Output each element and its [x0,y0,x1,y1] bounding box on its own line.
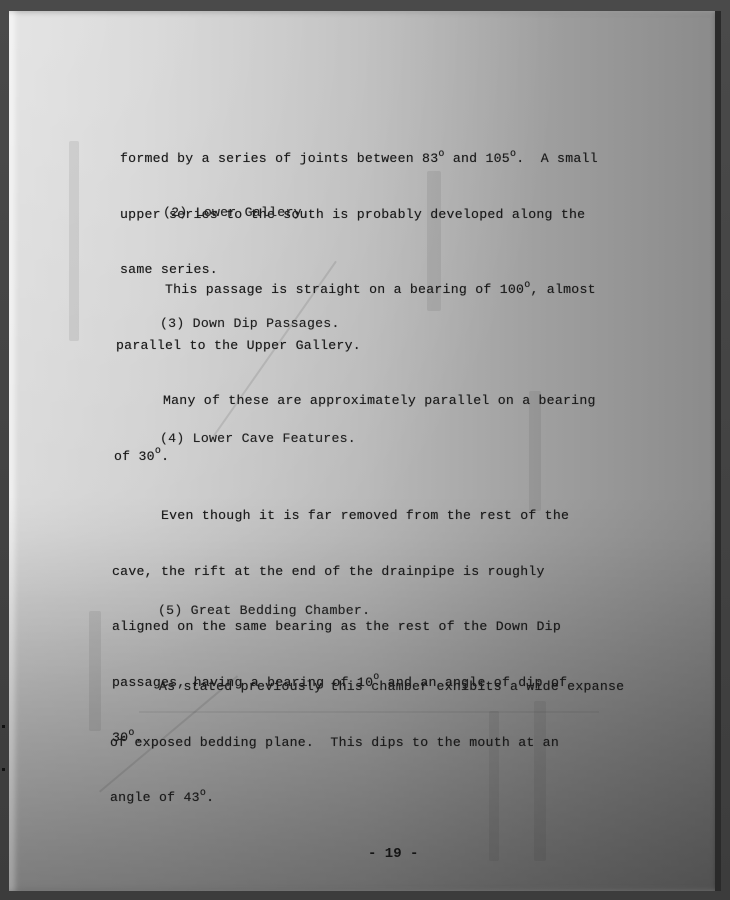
degree-symbol: o [524,280,530,291]
text-line: aligned on the same bearing as the rest … [112,618,569,637]
section-heading-lower-gallery: (2) Lower Gallery. [163,205,310,220]
degree-symbol: o [438,149,444,160]
page-number: - 19 - [368,846,418,862]
text-line: This passage is straight on a bearing of… [116,281,596,300]
section-body-great-bedding-chamber: As stated previously this chamber exhibi… [110,641,624,826]
section-heading-great-bedding-chamber: (5) Great Bedding Chamber. [158,603,370,618]
bleed-through-mark [89,611,101,731]
section-heading-down-dip-passages: (3) Down Dip Passages. [160,316,340,331]
text-line: Even though it is far removed from the r… [112,507,569,526]
degree-symbol: o [510,149,516,160]
degree-symbol: o [155,446,161,457]
text-line: Many of these are approximately parallel… [114,392,596,411]
section-body-down-dip-passages: Many of these are approximately parallel… [114,355,596,485]
text-line: parallel to the Upper Gallery. [116,337,596,356]
binding-mark [2,725,5,728]
text-line: cave, the rift at the end of the drainpi… [112,563,569,582]
text-line: As stated previously this chamber exhibi… [110,678,624,697]
text-line: angle of 43o. [110,789,624,808]
binding-mark [2,768,5,771]
degree-symbol: o [200,788,206,799]
text-line: formed by a series of joints between 83o… [120,150,598,169]
bleed-through-mark [69,141,79,341]
page-right-edge [715,11,721,891]
section-heading-lower-cave-features: (4) Lower Cave Features. [160,431,356,446]
text-line: of exposed bedding plane. This dips to t… [110,734,624,753]
text-line: of 30o. [114,448,596,467]
